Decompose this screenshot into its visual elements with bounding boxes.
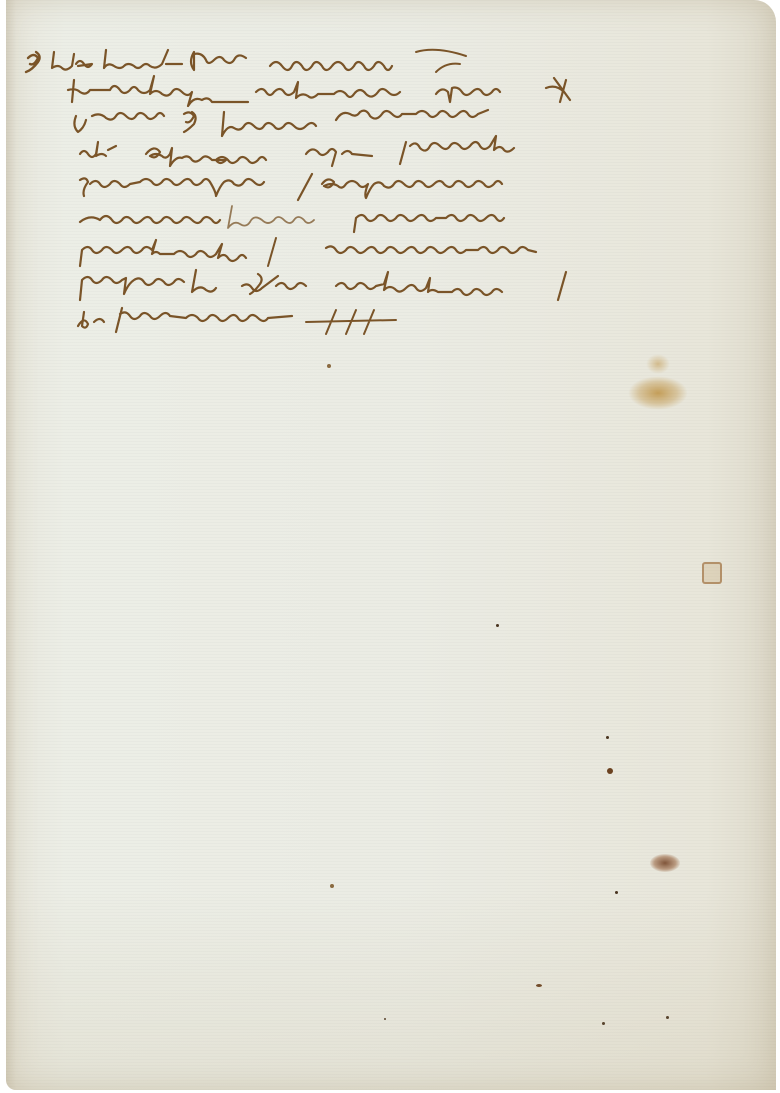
stain-dark-lower	[650, 854, 680, 872]
ink-speck	[330, 884, 334, 888]
ink-speck	[606, 736, 609, 739]
stain-large	[628, 376, 688, 410]
ink-speck	[327, 364, 331, 368]
ink-speck	[607, 768, 613, 774]
ink-speck	[536, 984, 542, 987]
ink-strokes	[6, 300, 766, 340]
ink-speck	[615, 891, 618, 894]
manuscript-page: ch bolir hiarcollo fia ... amonendodozio…	[6, 0, 776, 1090]
stain-right-edge	[702, 562, 722, 584]
ink-speck	[384, 1018, 386, 1020]
ink-speck	[666, 1016, 669, 1019]
stain-small-upper	[646, 354, 670, 374]
ink-speck	[496, 624, 499, 627]
ink-speck	[602, 1022, 605, 1025]
